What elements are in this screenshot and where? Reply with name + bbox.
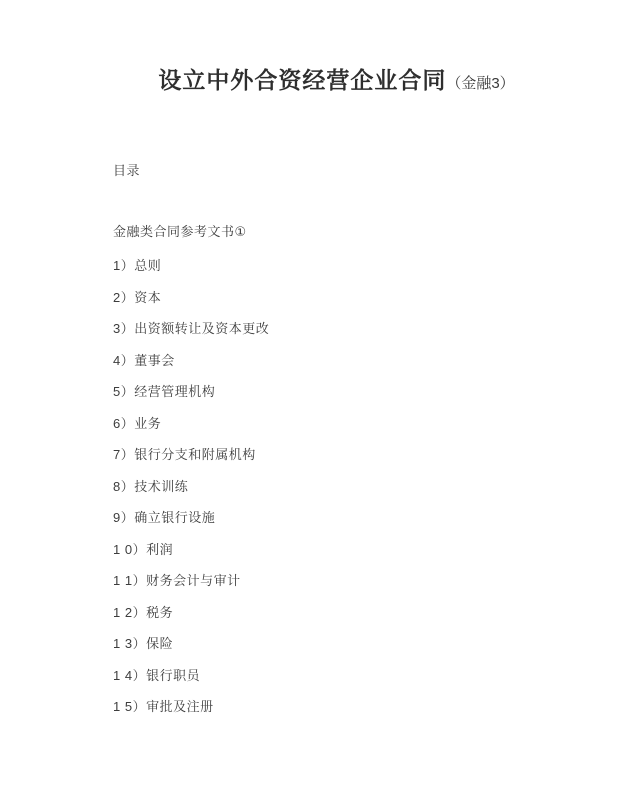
toc-list: 1）总则 2）资本 3）出资额转让及资本更改 4）董事会 5）经营管理机构 6）… [113, 258, 560, 715]
toc-item: 5）经营管理机构 [113, 384, 560, 400]
toc-item: 1 5）审批及注册 [113, 699, 560, 715]
toc-item: 1）总则 [113, 258, 560, 274]
toc-item: 3）出资额转让及资本更改 [113, 321, 560, 337]
toc-item: 1 4）银行职员 [113, 668, 560, 684]
toc-item: 8）技术训练 [113, 479, 560, 495]
toc-item: 1 1）财务会计与审计 [113, 573, 560, 589]
toc-item: 1 3）保险 [113, 636, 560, 652]
page-title: 设立中外合资经营企业合同（金融3） [113, 65, 560, 99]
toc-item: 1 0）利润 [113, 542, 560, 558]
document-page: 设立中外合资经营企业合同（金融3） 目录 金融类合同参考文书① 1）总则 2）资… [0, 0, 619, 800]
toc-item: 7）银行分支和附属机构 [113, 447, 560, 463]
toc-heading: 目录 [113, 163, 560, 179]
toc-item: 2）资本 [113, 290, 560, 306]
toc-item: 4）董事会 [113, 353, 560, 369]
section-heading: 金融类合同参考文书① [113, 224, 560, 240]
toc-item: 1 2）税务 [113, 605, 560, 621]
toc-item: 6）业务 [113, 416, 560, 432]
page-content: 设立中外合资经营企业合同（金融3） 目录 金融类合同参考文书① 1）总则 2）资… [113, 0, 560, 731]
page-title-main: 设立中外合资经营企业合同 [158, 67, 446, 93]
page-title-suffix: （金融3） [446, 75, 514, 92]
toc-item: 9）确立银行设施 [113, 510, 560, 526]
